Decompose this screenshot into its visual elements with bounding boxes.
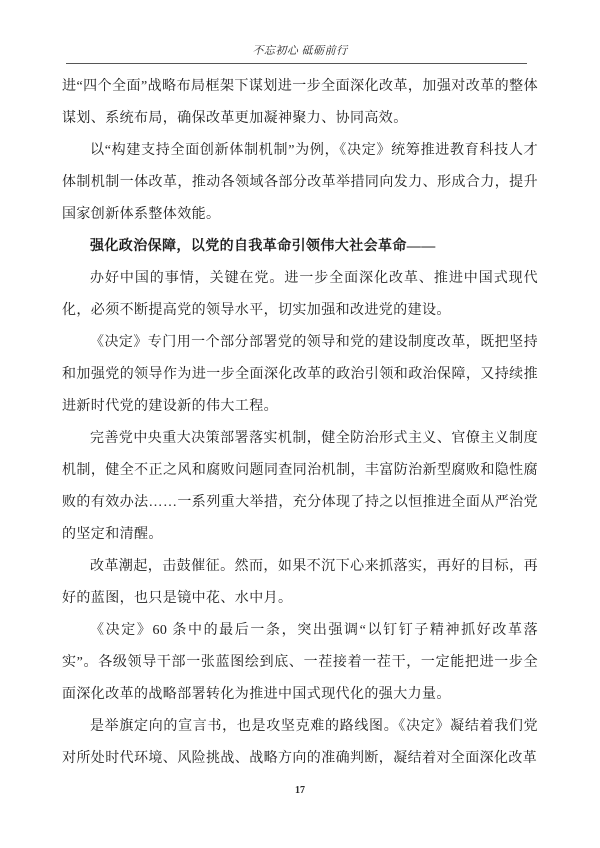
body-paragraph: 完善党中央重大决策部署落实机制，健全防治形式主义、官僚主义制度机制，健全不正之风… (62, 423, 538, 551)
body-paragraph: 进“四个全面”战略布局框架下谋划进一步全面深化改革，加强对改革的整体谋划、系统布… (62, 71, 538, 135)
header-rule (66, 63, 527, 64)
section-heading: 强化政治保障，以党的自我革命引领伟大社会革命—— (62, 231, 538, 263)
page-footer: 17 (0, 785, 600, 797)
body-paragraph: 《决定》专门用一个部分部署党的领导和党的建设制度改革，既把坚持和加强党的领导作为… (62, 327, 538, 423)
document-page: 不忘初心 砥砺前行 进“四个全面”战略布局框架下谋划进一步全面深化改革，加强对改… (0, 0, 600, 848)
body-paragraph: 办好中国的事情，关键在党。进一步全面深化改革、推进中国式现代化，必须不断提高党的… (62, 263, 538, 327)
running-header-title: 不忘初心 砥砺前行 (0, 42, 600, 58)
body-paragraph: 改革潮起，击鼓催征。然而，如果不沉下心来抓落实，再好的目标，再好的蓝图，也只是镜… (62, 551, 538, 615)
page-number: 17 (295, 785, 305, 796)
document-body: 进“四个全面”战略布局框架下谋划进一步全面深化改革，加强对改革的整体谋划、系统布… (62, 71, 538, 775)
body-paragraph: 《决定》60 条中的最后一条，突出强调“以钉钉子精神抓好改革落实”。各级领导干部… (62, 615, 538, 711)
body-paragraph: 是举旗定向的宣言书，也是攻坚克难的路线图。《决定》凝结着我们党对所处时代环境、风… (62, 711, 538, 775)
body-paragraph: 以“构建支持全面创新体制机制”为例，《决定》统筹推进教育科技人才体制机制一体改革… (62, 135, 538, 231)
